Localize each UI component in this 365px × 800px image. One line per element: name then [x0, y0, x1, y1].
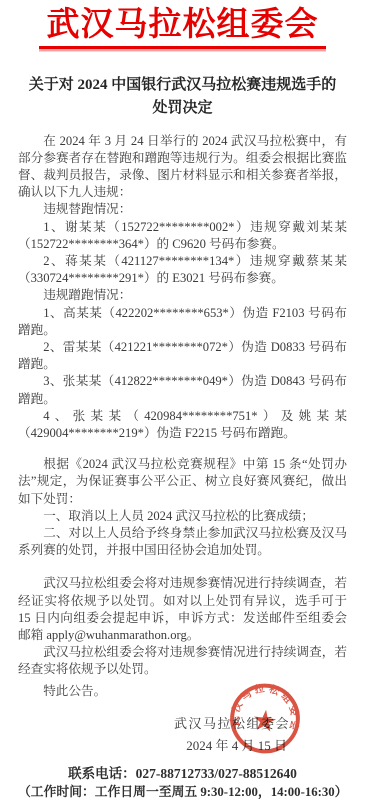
document-body: 在 2024 年 3 月 24 日举行的 2024 武汉马拉松赛中，有部分参赛者…	[18, 133, 347, 700]
document-title-line1: 关于对 2024 中国银行武汉马拉松赛违规选手的	[29, 77, 337, 93]
bandit-violation-item: 3、张某某（412822********049*）伪造 D0843 号码布蹭跑。	[18, 373, 347, 407]
signature-date: 2024 年 4 月 15 日	[18, 735, 347, 757]
bandit-running-heading: 违规蹭跑情况：	[18, 287, 347, 304]
closing-statement: 特此公告。	[18, 683, 347, 700]
signature-block: 武汉马拉松组委会 2024 年 4 月 15 日	[18, 713, 347, 757]
org-masthead: 武汉马拉松组委会	[18, 6, 347, 44]
penalty-item: 二、对以上人员给予终身禁止参加武汉马拉松赛及汉马系列赛的处罚，并报中国田径协会追…	[18, 525, 347, 559]
contact-phone: 联系电话：027-88712733/027-88512640	[18, 764, 347, 783]
penalty-item: 一、取消以上人员 2024 武汉马拉松的比赛成绩；	[18, 508, 347, 525]
masthead-divider	[39, 46, 326, 49]
signature-org-name: 武汉马拉松组委会	[18, 713, 347, 735]
intro-paragraph: 在 2024 年 3 月 24 日举行的 2024 武汉马拉松赛中，有部分参赛者…	[18, 133, 347, 202]
investigation-paragraph: 武汉马拉松组委会将对违规参赛情况进行持续调查，若经查实将依规予以处罚。	[18, 644, 347, 678]
penalty-basis-paragraph: 根据《2024 武汉马拉松竞赛规程》中第 15 条“处罚办法”规定，为保证赛事公…	[18, 456, 347, 508]
bandit-violation-item: 4、张某某（420984********751*）及姚某某（429004****…	[18, 408, 347, 442]
working-hours: （工作时间：工作日周一至周五 9:30-12:00，14:00-16:30）	[18, 783, 347, 800]
substitute-violation-item: 1、谢某某（152722********002*）违规穿戴刘某某（152722*…	[18, 219, 347, 253]
substitute-violation-item: 2、蒋某某（421127********134*）违规穿戴蔡某某（330724*…	[18, 253, 347, 287]
document-title-line2: 处罚决定	[152, 100, 212, 116]
investigation-appeal-paragraph: 武汉马拉松组委会将对违规参赛情况进行持续调查，若经证实将依规予以处罚。如对以上处…	[18, 575, 347, 644]
bandit-violation-item: 2、雷某某（421221********072*）伪造 D0833 号码布蹭跑。	[18, 339, 347, 373]
announcement-page: 武汉马拉松组委会 关于对 2024 中国银行武汉马拉松赛违规选手的 处罚决定 在…	[0, 0, 365, 800]
substitute-running-heading: 违规替跑情况：	[18, 201, 347, 218]
footer-contact: 联系电话：027-88712733/027-88512640 （工作时间：工作日…	[18, 764, 347, 800]
document-title: 关于对 2024 中国银行武汉马拉松赛违规选手的 处罚决定	[26, 74, 339, 120]
bandit-violation-item: 1、高某某（422202********653*）伪造 F2103 号码布蹭跑。	[18, 305, 347, 339]
